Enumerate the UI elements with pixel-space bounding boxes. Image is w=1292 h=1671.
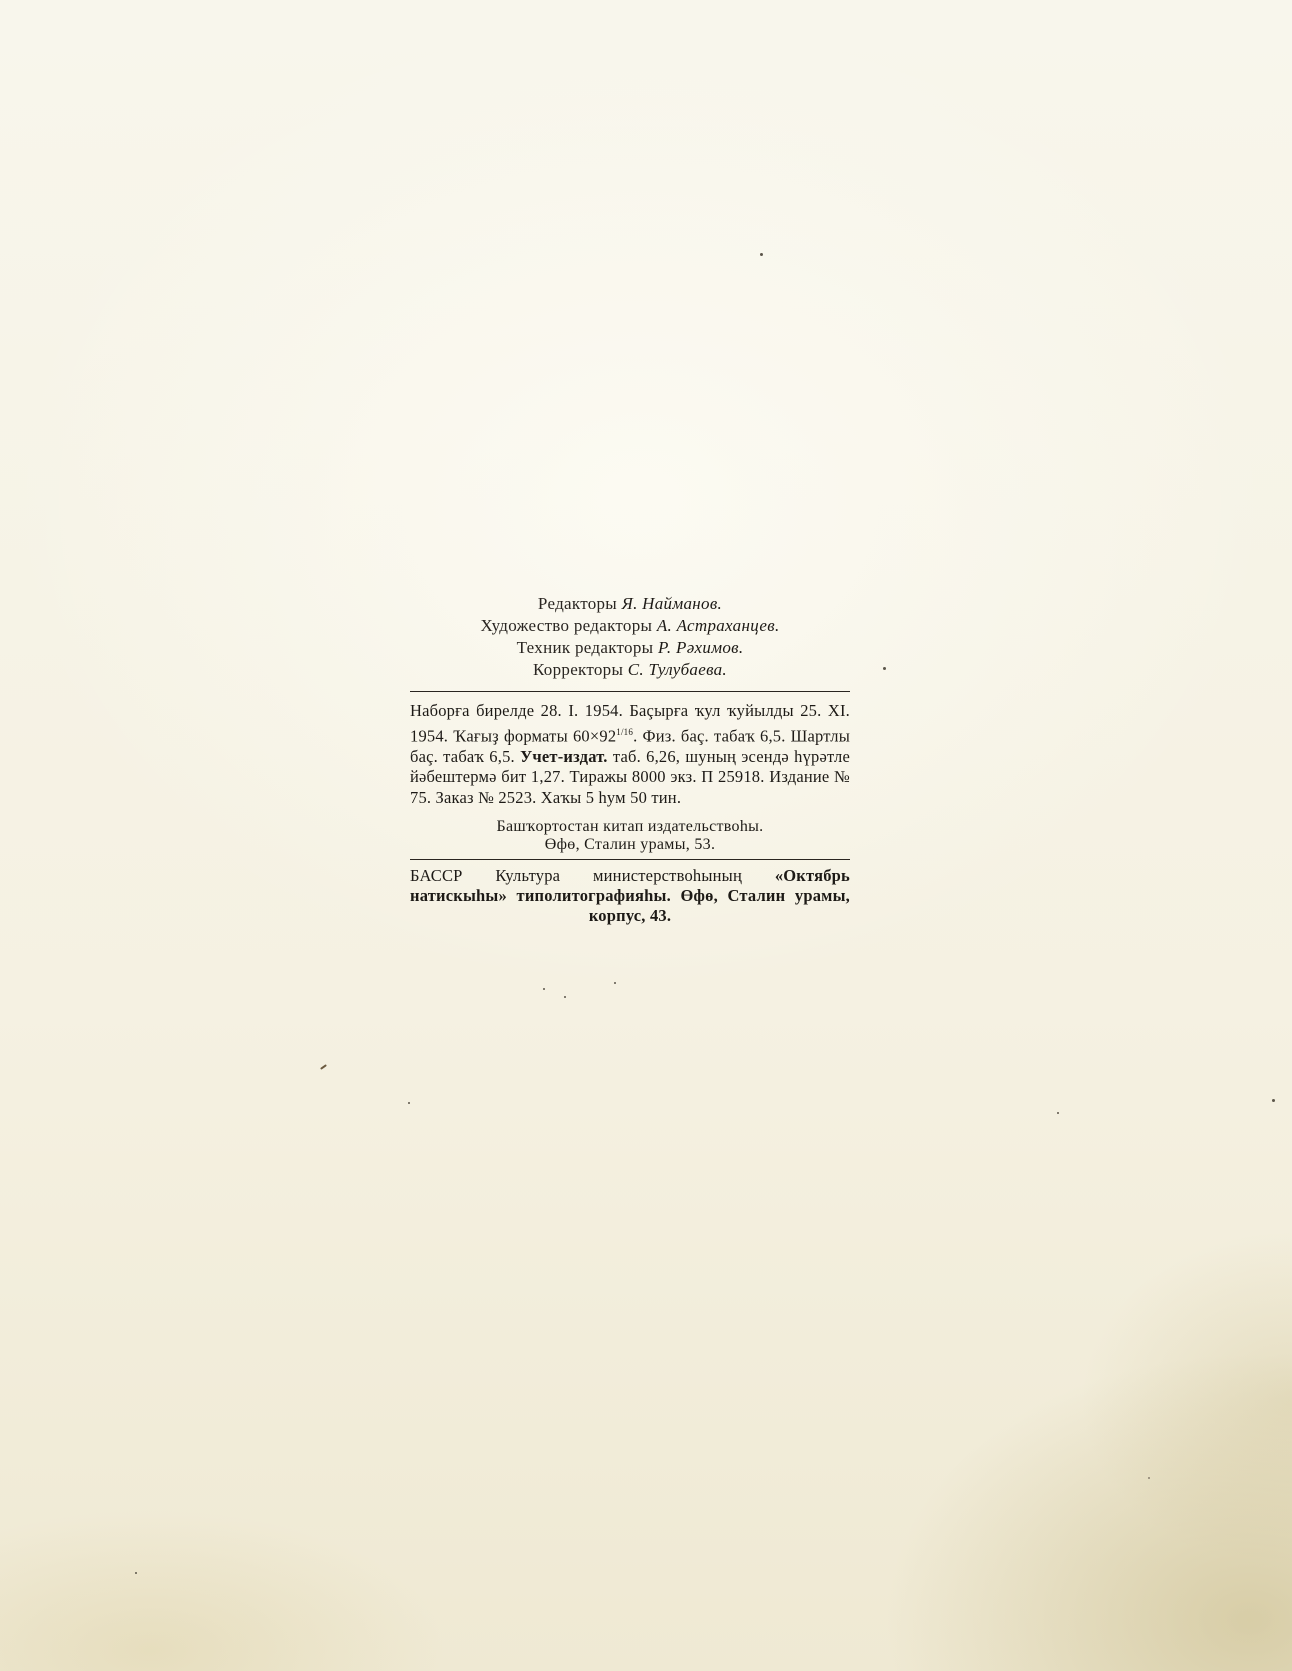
credit-role: Художество редакторы — [481, 616, 653, 635]
paper-speck — [1148, 1477, 1150, 1479]
paper-speck — [408, 1102, 410, 1104]
credit-line: Редакторы Я. Наймaнов. — [410, 593, 850, 615]
paper-speck — [543, 988, 545, 990]
spec-bold-text: Учет-издат. — [520, 747, 608, 766]
paper-speck — [883, 667, 886, 670]
credit-role: Техник редакторы — [517, 638, 654, 657]
credits-block: Редакторы Я. Наймaнов. Художество редакт… — [410, 593, 850, 681]
credit-line: Корректоры С. Тулубаева. — [410, 659, 850, 681]
credit-name: Р. Рәхимов. — [658, 638, 743, 657]
publisher-name: Башҡортостан китап издательствоһы. — [410, 818, 850, 836]
credit-name: С. Тулубаева. — [628, 660, 727, 679]
format-fraction: 1/16 — [616, 727, 633, 737]
book-page: Редакторы Я. Наймaнов. Художество редакт… — [0, 0, 1292, 1671]
print-specifications: Наборға бирелде 28. I. 1954. Баçырға ҡул… — [410, 701, 850, 808]
credit-name: Я. Наймaнов. — [622, 594, 722, 613]
credit-role: Корректоры — [533, 660, 623, 679]
printer-text: БАССР Культура министерствоһының — [410, 866, 742, 885]
paper-speck — [614, 982, 616, 984]
publisher-block: Башҡортостан китап издательствоһы. Өфө, … — [410, 818, 850, 854]
credit-role: Редакторы — [538, 594, 617, 613]
paper-speck — [1057, 1112, 1059, 1114]
publisher-address: Өфө, Сталин урамы, 53. — [410, 836, 850, 854]
paper-speck — [760, 253, 763, 256]
separator-rule — [410, 859, 850, 860]
paper-speck — [1272, 1099, 1275, 1102]
credit-line: Художество редакторы А. Астраханцев. — [410, 615, 850, 637]
colophon: Редакторы Я. Наймaнов. Художество редакт… — [410, 593, 850, 926]
credit-line: Техник редакторы Р. Рәхимов. — [410, 637, 850, 659]
paper-speck — [320, 1064, 327, 1070]
credit-name: А. Астраханцев. — [657, 616, 780, 635]
printer-block: БАССР Культура министерствоһының «Октябр… — [410, 866, 850, 926]
paper-speck — [135, 1572, 137, 1574]
separator-rule — [410, 691, 850, 692]
paper-speck — [564, 996, 566, 998]
